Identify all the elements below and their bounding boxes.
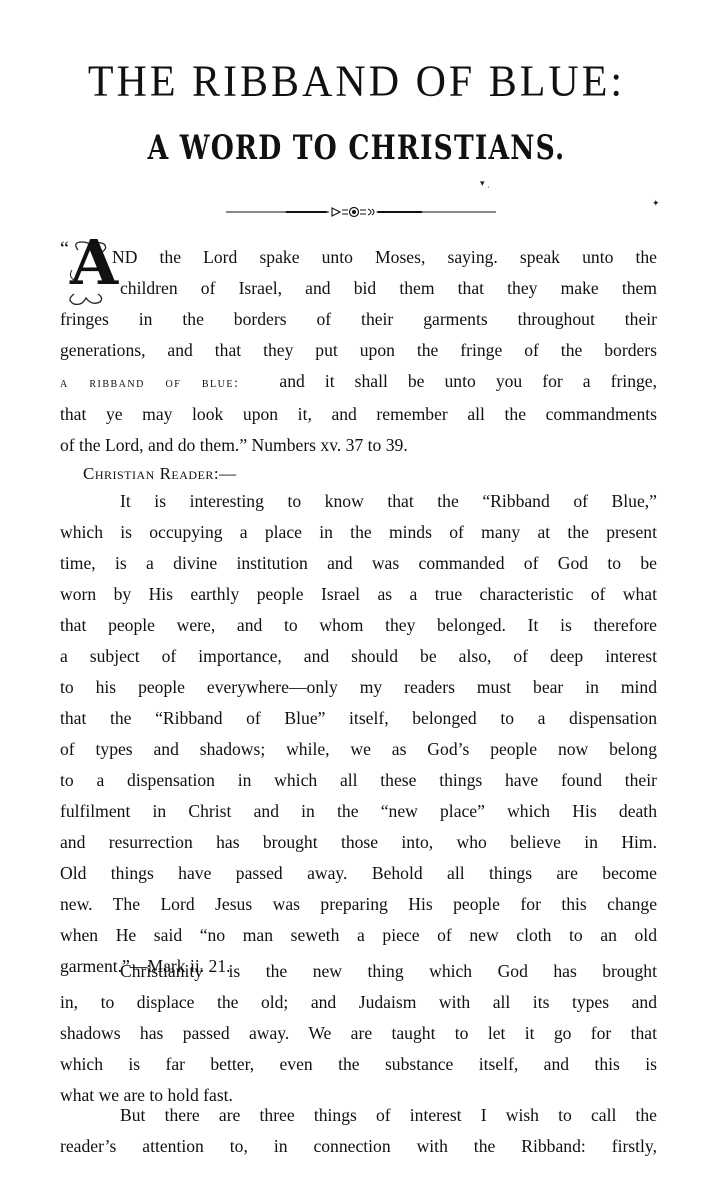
ornamental-divider-icon xyxy=(226,205,496,219)
text-line: a ribband of blue: and it shall be unto … xyxy=(60,366,657,399)
text-line: that the “Ribband of Blue” itself, belon… xyxy=(60,703,657,734)
title-line-1: THE RIBBAND OF BLUE: xyxy=(0,57,713,107)
text-line: that people were, and to whom they belon… xyxy=(60,610,657,641)
paragraph-2: Christianity is the new thing which God … xyxy=(60,956,657,1111)
text-line: which is far better, even the substance … xyxy=(60,1049,657,1080)
ink-speck: ✦ xyxy=(652,198,660,209)
salutation: Christian Reader:— xyxy=(83,464,237,484)
text-line: ND the Lord spake unto Moses, saying. sp… xyxy=(60,242,657,273)
text-line: reader’s attention to, in connection wit… xyxy=(60,1131,657,1162)
text-line: and resurrection has brought those into,… xyxy=(60,827,657,858)
text-line: It is interesting to know that the “Ribb… xyxy=(60,486,657,517)
title-line-2: A WORD TO CHRISTIANS. xyxy=(78,128,634,168)
text-line: shadows has passed away. We are taught t… xyxy=(60,1018,657,1049)
text-line: to his people everywhere—only my readers… xyxy=(60,672,657,703)
paragraph-3: But there are three things of interest I… xyxy=(60,1100,657,1162)
text-line: time, is a divine institution and was co… xyxy=(60,548,657,579)
text-line: new. The Lord Jesus was preparing His pe… xyxy=(60,889,657,920)
text-line: Old things have passed away. Behold all … xyxy=(60,858,657,889)
text-span: and it shall be unto you for a fringe, xyxy=(279,371,657,391)
text-line: that ye may look upon it, and remember a… xyxy=(60,399,657,430)
text-line: fulfilment in Christ and in the “new pla… xyxy=(60,796,657,827)
text-line: worn by His earthly people Israel as a t… xyxy=(60,579,657,610)
text-line: to a dispensation in which all these thi… xyxy=(60,765,657,796)
ink-speck: ▾ ˌ xyxy=(480,178,490,189)
text-line: a subject of importance, and should be a… xyxy=(60,641,657,672)
text-line: But there are three things of interest I… xyxy=(60,1100,657,1131)
text-line: Christianity is the new thing which God … xyxy=(60,956,657,987)
scripture-quote: ND the Lord spake unto Moses, saying. sp… xyxy=(60,242,657,461)
text-line: which is occupying a place in the minds … xyxy=(60,517,657,548)
smallcaps-phrase: a ribband of blue: xyxy=(60,376,239,391)
paragraph-1: It is interesting to know that the “Ribb… xyxy=(60,486,657,982)
text-line: in, to displace the old; and Judaism wit… xyxy=(60,987,657,1018)
text-line: children of Israel, and bid them that th… xyxy=(60,273,657,304)
text-line: of the Lord, and do them.” Numbers xv. 3… xyxy=(60,430,657,461)
text-line: fringes in the borders of their garments… xyxy=(60,304,657,335)
text-line: of types and shadows; while, we as God’s… xyxy=(60,734,657,765)
text-line: generations, and that they put upon the … xyxy=(60,335,657,366)
text-line: when He said “no man seweth a piece of n… xyxy=(60,920,657,951)
